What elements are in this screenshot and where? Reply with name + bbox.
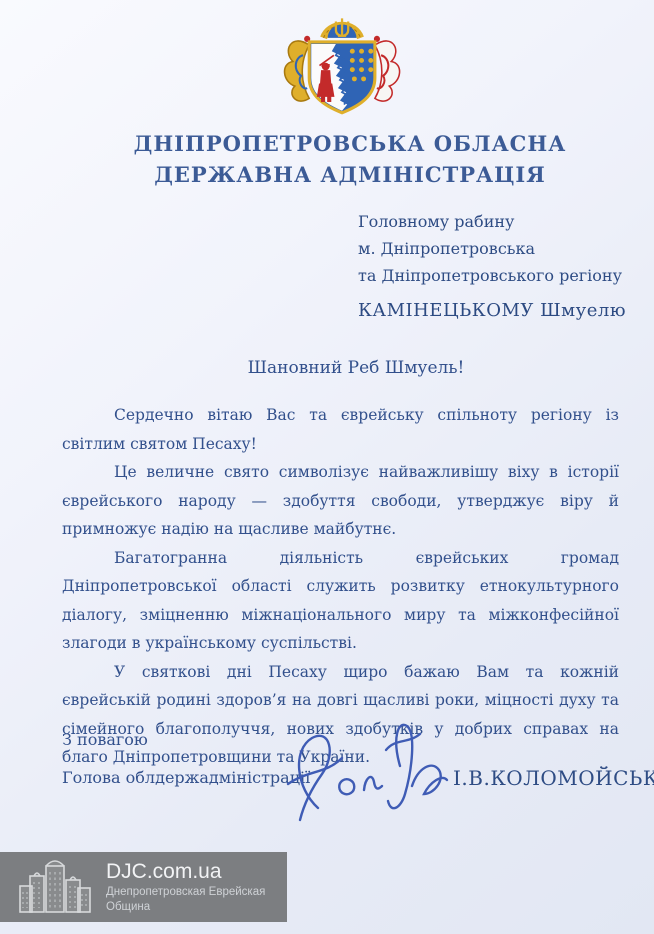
scanned-letter-page: ДНІПРОПЕТРОВСЬКА ОБЛАСНА ДЕРЖАВНА АДМІНІ…: [0, 0, 654, 934]
valediction: З повагою: [62, 730, 148, 749]
signer-title: Голова облдержадміністрації: [62, 768, 310, 787]
watermark-org: Днепропетровская Еврейская Община: [106, 885, 287, 915]
addressee-line: Головному рабину: [358, 208, 638, 235]
org-title-line2: ДЕРЖАВНА АДМІНІСТРАЦІЯ: [70, 159, 630, 190]
org-title-line1: ДНІПРОПЕТРОВСЬКА ОБЛАСНА: [70, 128, 630, 159]
watermark-banner: DJC.com.ua Днепропетровская Еврейская Об…: [0, 852, 287, 922]
watermark-site: DJC.com.ua: [106, 859, 287, 885]
body-paragraph: Сердечно вітаю Вас та єврейську спільнот…: [62, 401, 619, 458]
community-building-icon: [14, 856, 98, 918]
salutation: Шановний Реб Шмуель!: [0, 358, 654, 378]
addressee-line: та Дніпропетровського регіону: [358, 262, 638, 289]
addressee-block: Головному рабину м. Дніпропетровська та …: [358, 208, 638, 289]
addressee-line: м. Дніпропетровська: [358, 235, 638, 262]
letterhead-org-title: ДНІПРОПЕТРОВСЬКА ОБЛАСНА ДЕРЖАВНА АДМІНІ…: [70, 128, 630, 190]
handwritten-signature: [280, 708, 450, 830]
signer-name: І.В.КОЛОМОЙСЬКИЙ: [453, 766, 654, 790]
body-paragraph: Багатогранна діяльність єврейських грома…: [62, 544, 619, 658]
addressee-name: КАМІНЕЦЬКОМУ Шмуелю: [358, 300, 648, 321]
body-paragraph: Це величне свято символізує найважливішу…: [62, 458, 619, 544]
watermark-text: DJC.com.ua Днепропетровская Еврейская Об…: [106, 859, 287, 915]
oblast-coat-of-arms-icon: [266, 4, 414, 122]
